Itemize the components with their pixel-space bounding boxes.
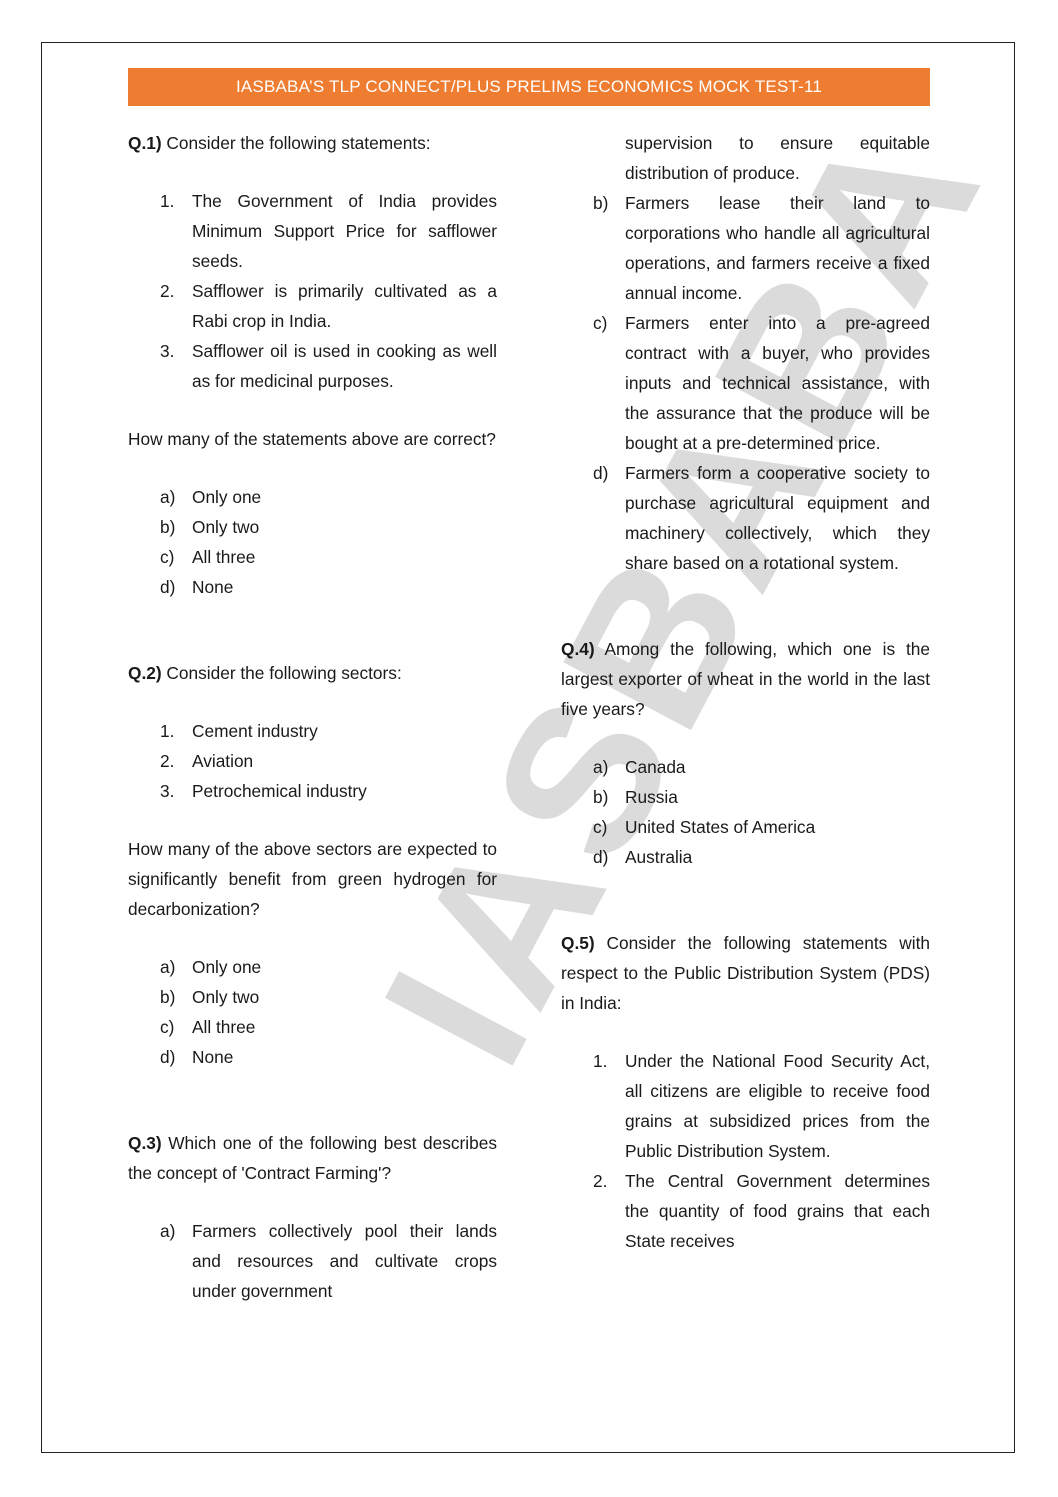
q3-number: Q.3)	[128, 1133, 162, 1153]
q3-option[interactable]: b)Farmers lease their land to corporatio…	[561, 188, 930, 308]
q4-option[interactable]: b)Russia	[561, 782, 930, 812]
q2-option[interactable]: a)Only one	[128, 952, 497, 982]
q1-option[interactable]: d)None	[128, 572, 497, 602]
q5-statements: 1.Under the National Food Security Act, …	[561, 1046, 930, 1256]
q4-options: a)Canada b)Russia c)United States of Ame…	[561, 752, 930, 872]
q1-stem: Q.1) Consider the following statements:	[128, 128, 497, 158]
q3-option[interactable]: c)Farmers enter into a pre-agreed contra…	[561, 308, 930, 458]
q2-prompt: How many of the above sectors are expect…	[128, 834, 497, 924]
q2-number: Q.2)	[128, 663, 162, 683]
q1-statements: 1.The Government of India provides Minim…	[128, 186, 497, 396]
q2-option[interactable]: d)None	[128, 1042, 497, 1072]
q1-statement: 2.Safflower is primarily cultivated as a…	[128, 276, 497, 336]
q4-option[interactable]: c)United States of America	[561, 812, 930, 842]
q1-statement: 3.Safflower oil is used in cooking as we…	[128, 336, 497, 396]
q1-option[interactable]: c)All three	[128, 542, 497, 572]
q2-option[interactable]: c)All three	[128, 1012, 497, 1042]
q1-options: a)Only one b)Only two c)All three d)None	[128, 482, 497, 602]
q2-statements: 1.Cement industry 2.Aviation 3.Petrochem…	[128, 716, 497, 806]
q2-option[interactable]: b)Only two	[128, 982, 497, 1012]
left-column: Q.1) Consider the following statements: …	[128, 128, 497, 1306]
q5-stem: Q.5) Consider the following statements w…	[561, 928, 930, 1018]
q1-number: Q.1)	[128, 133, 162, 153]
q3-options-start: a)Farmers collectively pool their lands …	[128, 1216, 497, 1306]
q2-statement: 1.Cement industry	[128, 716, 497, 746]
q3-options-continued: supervision to ensure equitable distribu…	[561, 128, 930, 578]
q4-number: Q.4)	[561, 639, 595, 659]
q3-option[interactable]: a)Farmers collectively pool their lands …	[128, 1216, 497, 1306]
q5-number: Q.5)	[561, 933, 595, 953]
q2-stem: Q.2) Consider the following sectors:	[128, 658, 497, 688]
q3-option-continued: supervision to ensure equitable distribu…	[561, 128, 930, 188]
q5-statement: 2.The Central Government determines the …	[561, 1166, 930, 1256]
q2-statement: 3.Petrochemical industry	[128, 776, 497, 806]
q5-statement: 1.Under the National Food Security Act, …	[561, 1046, 930, 1166]
q4-option[interactable]: a)Canada	[561, 752, 930, 782]
q1-prompt: How many of the statements above are cor…	[128, 424, 497, 454]
q2-options: a)Only one b)Only two c)All three d)None	[128, 952, 497, 1072]
q1-statement: 1.The Government of India provides Minim…	[128, 186, 497, 276]
q4-option[interactable]: d)Australia	[561, 842, 930, 872]
q3-option[interactable]: d)Farmers form a cooperative society to …	[561, 458, 930, 578]
right-column: supervision to ensure equitable distribu…	[561, 128, 930, 1256]
q1-option[interactable]: a)Only one	[128, 482, 497, 512]
q1-option[interactable]: b)Only two	[128, 512, 497, 542]
q4-stem: Q.4) Among the following, which one is t…	[561, 634, 930, 724]
q3-stem: Q.3) Which one of the following best des…	[128, 1128, 497, 1188]
header-bar: IASBABA’S TLP CONNECT/PLUS PRELIMS ECONO…	[128, 68, 930, 106]
q2-statement: 2.Aviation	[128, 746, 497, 776]
